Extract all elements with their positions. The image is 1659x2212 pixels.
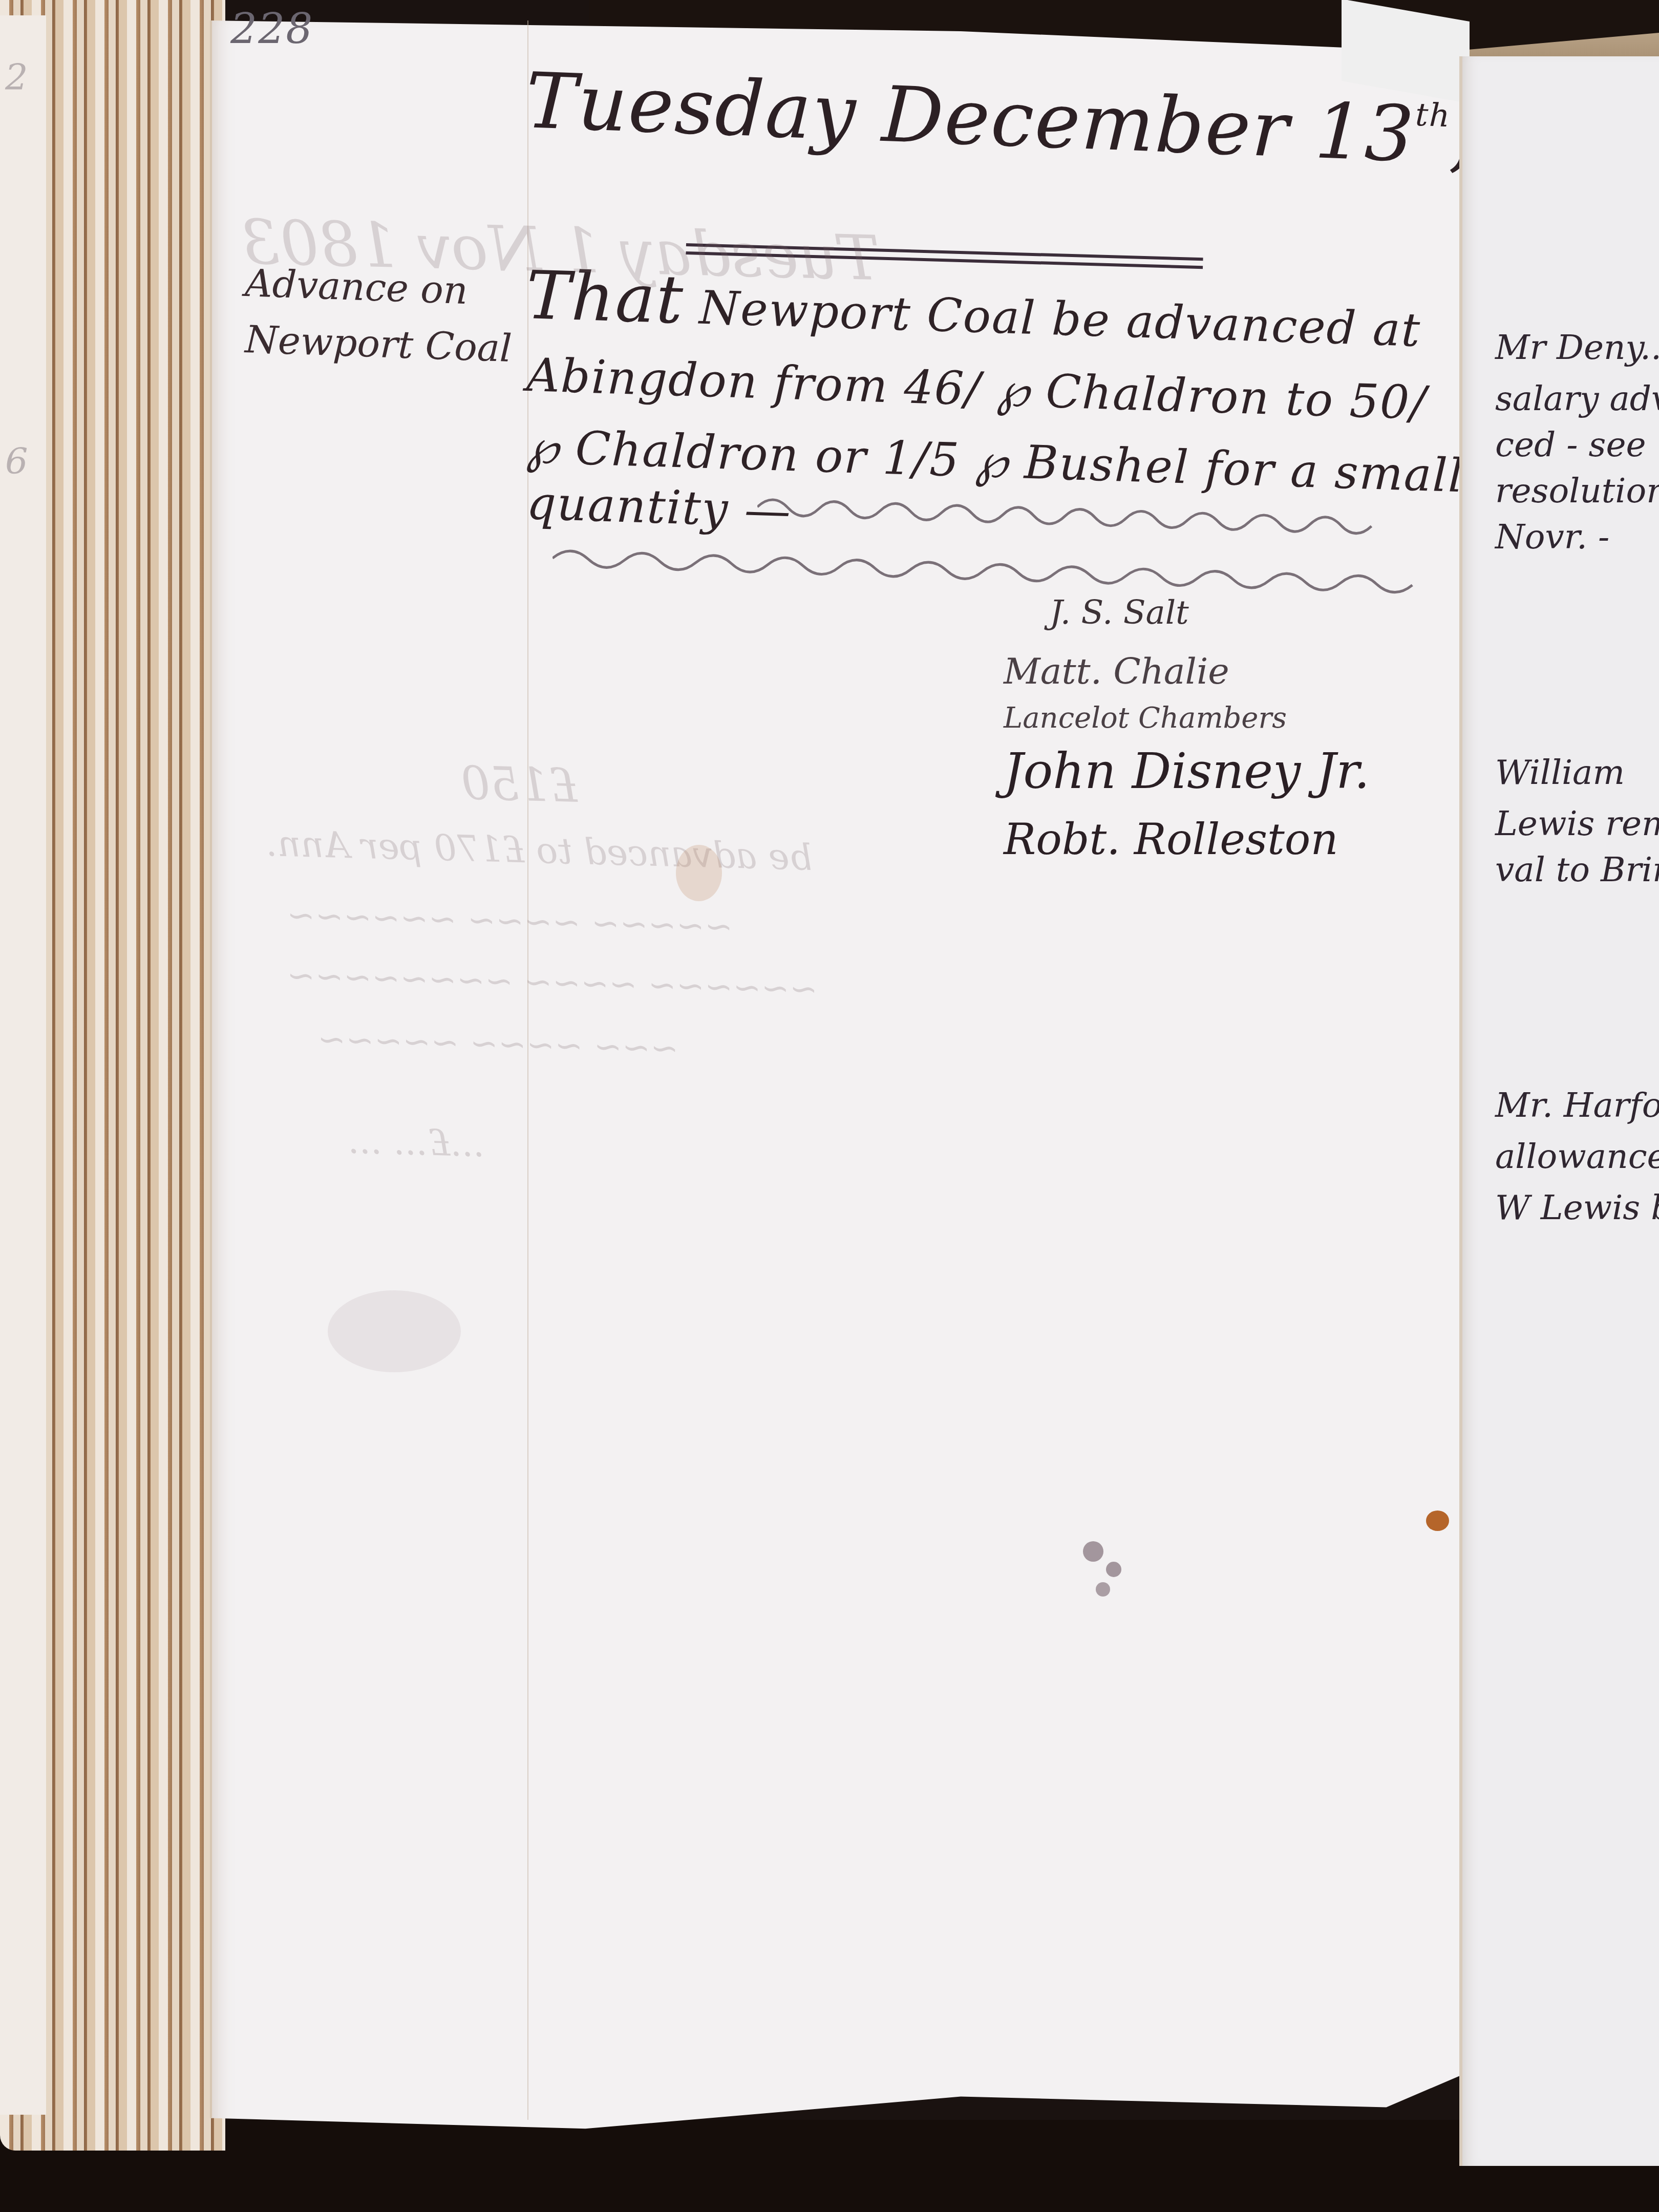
previous-page-ghost-text: 6 — [5, 440, 28, 482]
page-number: 228 — [230, 5, 314, 54]
ink-spot — [1096, 1582, 1110, 1597]
smudge-stain — [328, 1290, 461, 1372]
heading-day: 13 — [1313, 87, 1416, 179]
signature-1: J. S. Salt — [1050, 594, 1189, 632]
ink-spot — [1106, 1562, 1121, 1577]
margin-note-line-2: Newport Coal — [244, 317, 513, 371]
facing-note-1-line-3: ced - see — [1495, 425, 1646, 464]
heading-weekday: Tuesday — [524, 56, 858, 158]
margin-rule-line — [527, 20, 528, 2120]
signature-5: Robt. Rolleston — [1004, 814, 1338, 864]
facing-note-1-line-1: Mr Deny... — [1495, 328, 1659, 367]
resolution-line-4: quantity — — [526, 476, 793, 538]
foxing-stain — [676, 845, 722, 901]
facing-note-1-line-2: salary adv... — [1495, 379, 1659, 418]
bleed-through-line: £150 — [460, 756, 579, 813]
signature-4: John Disney Jr. — [1004, 742, 1370, 800]
previous-page-sliver — [0, 15, 46, 2115]
background-bottom-shadow — [0, 2120, 1659, 2212]
rust-stain — [1426, 1511, 1449, 1531]
previous-page-ghost-text: 2 — [5, 56, 28, 98]
facing-note-3-line-2: allowance fo... — [1495, 1137, 1659, 1176]
facing-note-1-line-4: resolution 2... — [1495, 471, 1659, 511]
bleed-through-signature: ...£... ... — [348, 1120, 485, 1165]
ink-spot — [1083, 1541, 1103, 1562]
facing-note-3-line-1: Mr. Harford... — [1495, 1086, 1659, 1125]
heading-month: December — [880, 70, 1291, 175]
facing-note-3-line-3: W Lewis board... — [1495, 1188, 1659, 1227]
facing-note-2-line-2: Lewis remo... — [1495, 804, 1659, 843]
signature-3: Lancelot Chambers — [1004, 701, 1287, 735]
facing-note-1-line-5: Novr. - — [1495, 517, 1609, 557]
signature-2: Matt. Chalie — [1004, 650, 1229, 692]
heading-day-suffix: th — [1415, 96, 1452, 135]
facing-note-2-line-1: William — [1495, 753, 1625, 792]
facing-note-2-line-3: val to Brim... — [1495, 850, 1659, 889]
